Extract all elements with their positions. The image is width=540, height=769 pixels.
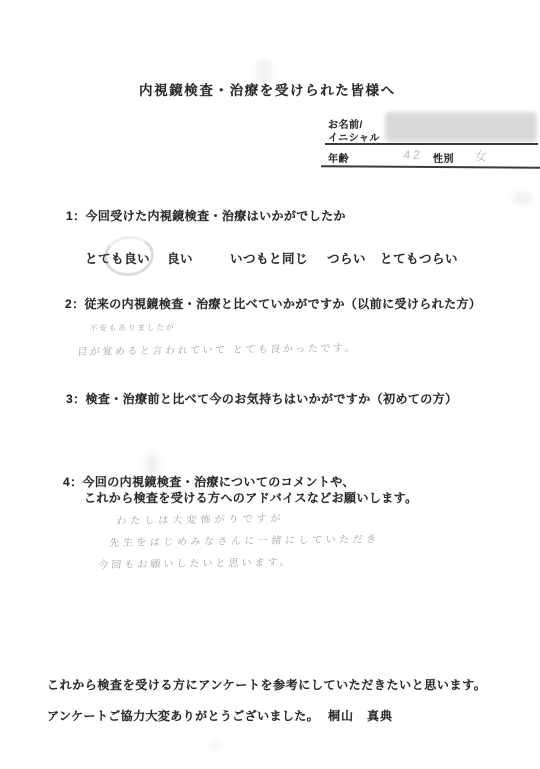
option-tsurai: つらい [327,249,366,267]
option-totemo-tsurai: とてもつらい [380,249,458,267]
question-4-label-line1: 4：今回の内視鏡検査・治療についてのコメントや、 [63,473,355,490]
handwritten-answer-line: 不安もありましたが [89,322,175,334]
option-itsumo-to-onaji: いつもと同じ [230,249,308,267]
question-2-label: 2：従来の内視鏡検査・治療と比べていかがですか（以前に受けられた方） [65,295,481,312]
redacted-name-value [385,112,537,142]
question-1-label: 1：今回受けた内視鏡検査・治療はいかがでしたか [66,207,346,224]
scan-smudge [512,192,534,206]
handwritten-answer-line: 先生をはじめみなさんに一緒にしていただき [109,530,380,549]
handwritten-answer-line: 今回もお願いしたいと思います。 [98,553,294,571]
age-value-handwritten: 42 [403,148,423,162]
handwritten-answer-line: 目が覚めると言われていて とても良かったです。 [77,339,358,358]
page-title: 内視鏡検査・治療を受けられた皆様へ [139,79,396,99]
question-3-label: 3：検査・治療前と比べて今のお気持ちはいかがですか（初めての方） [66,390,457,407]
scanned-questionnaire-page: 内視鏡検査・治療を受けられた皆様へ お名前/ イニシャル 年齢 42 性別 女 … [0,0,540,769]
name-label-line2: イニシャル [328,129,380,144]
handwritten-answer-line: わたしは大変怖がりですが [116,510,285,527]
info-divider-bottom [321,165,540,169]
signature-name: 桐山 真典 [328,707,393,724]
gender-label: 性別 [433,150,454,165]
info-divider-top [325,143,538,145]
age-label: 年齢 [328,150,349,165]
pencil-circle-selection-mark [102,233,157,279]
option-yoi: 良い [167,249,193,267]
scan-smudge [209,742,221,750]
footer-thanks-line1: これから検査を受ける方にアンケートを参考にしていただきたいと思います。 [47,676,486,693]
footer-thanks-line2: アンケートご協力大変ありがとうございました。 [47,707,319,724]
question-4-label-line2: これから検査を受ける方へのアドバイスなどお願いします。 [84,489,417,506]
gender-value-handwritten: 女 [474,146,488,165]
